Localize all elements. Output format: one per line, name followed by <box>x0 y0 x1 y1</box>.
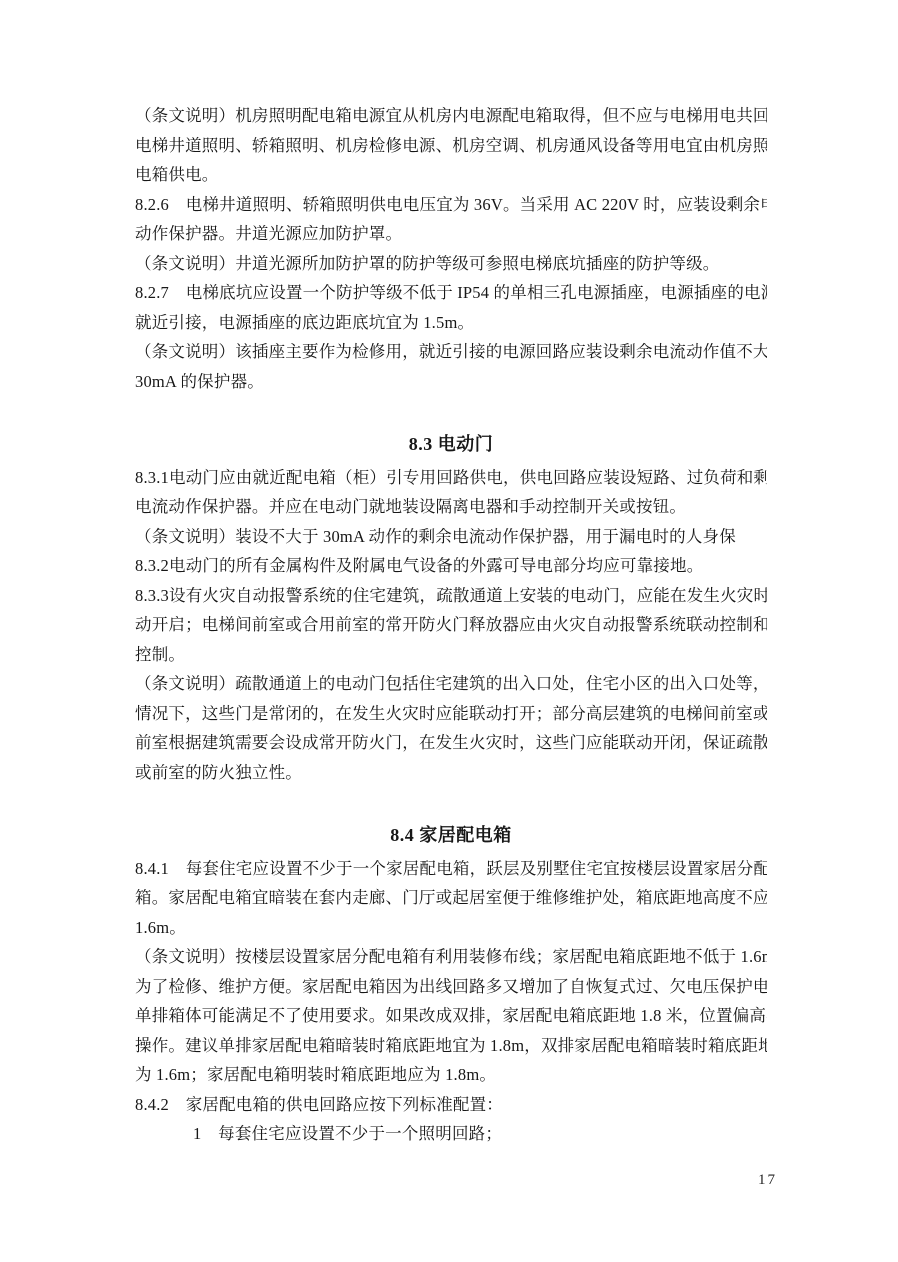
text-line: 8.3.1电动门应由就近配电箱（柜）引专用回路供电，供电回路应装设短路、过负荷和… <box>135 463 767 493</box>
text-line: （条文说明）机房照明配电箱电源宜从机房内电源配电箱取得，但不应与电梯用电共回路； <box>135 101 767 131</box>
text-line: 操作。建议单排家居配电箱暗装时箱底距地宜为 1.8m，双排家居配电箱暗装时箱底距… <box>135 1031 767 1061</box>
text-line: 动作保护器。井道光源应加防护罩。 <box>135 219 767 249</box>
text-line: 或前室的防火独立性。 <box>135 758 767 788</box>
text-line: 动开启；电梯间前室或合用前室的常开防火门释放器应由火灾自动报警系统联动控制和手动 <box>135 610 767 640</box>
paragraph-note-machine-room: （条文说明）机房照明配电箱电源宜从机房内电源配电箱取得，但不应与电梯用电共回路；… <box>135 101 767 190</box>
text-line: 电箱供电。 <box>135 160 767 190</box>
paragraph-clause-8-3-1: 8.3.1电动门应由就近配电箱（柜）引专用回路供电，供电回路应装设短路、过负荷和… <box>135 463 767 522</box>
text-line: 为了检修、维护方便。家居配电箱因为出线回路多又增加了自恢复式过、欠电压保护电器， <box>135 972 767 1002</box>
text-line: 8.4.2 家居配电箱的供电回路应按下列标准配置： <box>135 1090 767 1120</box>
paragraph-note-rcd: （条文说明）装设不大于 30mA 动作的剩余电流动作保护器，用于漏电时的人身保护… <box>135 522 767 552</box>
text-line: 8.3.3设有火灾自动报警系统的住宅建筑，疏散通道上安装的电动门，应能在发生火灾… <box>135 581 767 611</box>
document-page: （条文说明）机房照明配电箱电源宜从机房内电源配电箱取得，但不应与电梯用电共回路；… <box>0 0 898 1262</box>
list-item-lighting-circuit: 1 每套住宅应设置不少于一个照明回路； <box>135 1119 767 1149</box>
text-line: 8.2.6 电梯井道照明、轿箱照明供电电压宜为 36V。当采用 AC 220V … <box>135 190 767 220</box>
text-line: 30mA 的保护器。 <box>135 367 767 397</box>
text-line: 8.4.1 每套住宅应设置不少于一个家居配电箱，跃层及别墅住宅宜按楼层设置家居分… <box>135 854 767 884</box>
text-line: 电梯井道照明、轿箱照明、机房检修电源、机房空调、机房通风设备等用电宜由机房照明配 <box>135 131 767 161</box>
section-heading-8-4: 8.4 家居配电箱 <box>135 821 767 851</box>
paragraph-note-socket: （条文说明）该插座主要作为检修用，就近引接的电源回路应装设剩余电流动作值不大于 … <box>135 337 767 396</box>
paragraph-clause-8-4-1: 8.4.1 每套住宅应设置不少于一个家居配电箱，跃层及别墅住宅宜按楼层设置家居分… <box>135 854 767 943</box>
text-line: 单排箱体可能满足不了使用要求。如果改成双排，家居配电箱底距地 1.8 米，位置偏… <box>135 1001 767 1031</box>
paragraph-clause-8-3-3: 8.3.3设有火灾自动报警系统的住宅建筑，疏散通道上安装的电动门，应能在发生火灾… <box>135 581 767 670</box>
text-line: 1.6m。 <box>135 913 767 943</box>
text-line: 前室根据建筑需要会设成常开防火门，在发生火灾时，这些门应能联动开闭，保证疏散通道 <box>135 728 767 758</box>
text-line: 箱。家居配电箱宜暗装在套内走廊、门厅或起居室便于维修维护处，箱底距地高度不应低于 <box>135 883 767 913</box>
paragraph-note-home-box: （条文说明）按楼层设置家居分配电箱有利用装修布线；家居配电箱底距地不低于 1.6… <box>135 942 767 1090</box>
text-line: （条文说明）该插座主要作为检修用，就近引接的电源回路应装设剩余电流动作值不大于 <box>135 337 767 367</box>
paragraph-note-evacuation-doors: （条文说明）疏散通道上的电动门包括住宅建筑的出入口处，住宅小区的出入口处等，正常… <box>135 669 767 787</box>
page-content: （条文说明）机房照明配电箱电源宜从机房内电源配电箱取得，但不应与电梯用电共回路；… <box>135 101 767 1149</box>
text-line: 为 1.6m；家居配电箱明装时箱底距地应为 1.8m。 <box>135 1060 767 1090</box>
text-line: 8.3.2电动门的所有金属构件及附属电气设备的外露可导电部分均应可靠接地。 <box>135 551 767 581</box>
text-line: （条文说明）按楼层设置家居分配电箱有利用装修布线；家居配电箱底距地不低于 1.6… <box>135 942 767 972</box>
section-heading-8-3: 8.3 电动门 <box>135 430 767 460</box>
page-number: 17 <box>758 1172 777 1189</box>
text-line: （条文说明）井道光源所加防护罩的防护等级可参照电梯底坑插座的防护等级。 <box>135 249 767 279</box>
paragraph-clause-8-2-6: 8.2.6 电梯井道照明、轿箱照明供电电压宜为 36V。当采用 AC 220V … <box>135 190 767 249</box>
paragraph-clause-8-3-2: 8.3.2电动门的所有金属构件及附属电气设备的外露可导电部分均应可靠接地。 <box>135 551 767 581</box>
paragraph-clause-8-2-7: 8.2.7 电梯底坑应设置一个防护等级不低于 IP54 的单相三孔电源插座，电源… <box>135 278 767 337</box>
text-line: 8.2.7 电梯底坑应设置一个防护等级不低于 IP54 的单相三孔电源插座，电源… <box>135 278 767 308</box>
paragraph-note-shaft-light: （条文说明）井道光源所加防护罩的防护等级可参照电梯底坑插座的防护等级。 <box>135 249 767 279</box>
text-line: 电流动作保护器。并应在电动门就地装设隔离电器和手动控制开关或按钮。 <box>135 492 767 522</box>
text-line: 控制。 <box>135 640 767 670</box>
text-line: 情况下，这些门是常闭的，在发生火灾时应能联动打开；部分高层建筑的电梯间前室或合用 <box>135 699 767 729</box>
paragraph-clause-8-4-2: 8.4.2 家居配电箱的供电回路应按下列标准配置： <box>135 1090 767 1120</box>
text-line: （条文说明）疏散通道上的电动门包括住宅建筑的出入口处，住宅小区的出入口处等，正常 <box>135 669 767 699</box>
text-line: 1 每套住宅应设置不少于一个照明回路； <box>135 1119 767 1149</box>
text-line: 就近引接，电源插座的底边距底坑宜为 1.5m。 <box>135 308 767 338</box>
text-line: （条文说明）装设不大于 30mA 动作的剩余电流动作保护器，用于漏电时的人身保护… <box>135 522 767 552</box>
